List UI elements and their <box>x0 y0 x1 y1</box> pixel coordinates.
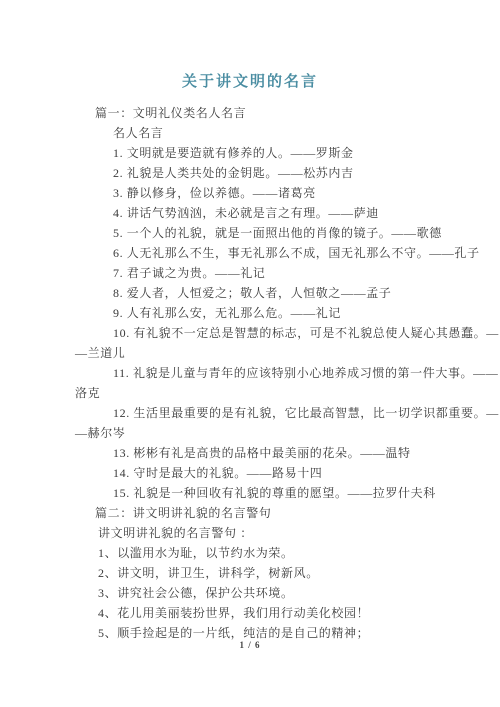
quote-line-3: 3. 静以修身，俭以养德。——诸葛亮 <box>75 183 475 203</box>
section-2-heading: 篇二：讲文明讲礼貌的名言警句 <box>75 503 475 523</box>
quote-line-9: 9. 人有礼那么安，无礼那么危。——礼记 <box>75 303 475 323</box>
quote-line-5: 5. 一个人的礼貌，就是一面照出他的肖像的镜子。——歌德 <box>75 223 475 243</box>
quote-line-2: 2. 礼貌是人类共处的金钥匙。——松苏内吉 <box>75 163 475 183</box>
slogan-line-1: 1、以滥用水为耻，以节约水为荣。 <box>75 543 475 563</box>
page-number: 1 / 6 <box>0 640 500 650</box>
slogan-line-4: 4、花儿用美丽装扮世界，我们用行动美化校园！ <box>75 603 475 623</box>
quote-line-6: 6. 人无礼那么不生，事无礼那么不成，国无礼那么不守。——孔子 <box>75 243 475 263</box>
quote-line-4: 4. 讲话气势汹汹，未必就是言之有理。——萨迪 <box>75 203 475 223</box>
section-2-intro: 讲文明讲礼貌的名言警句 ： <box>75 523 475 543</box>
page-title: 关于讲文明的名言 <box>0 70 500 91</box>
slogan-line-2: 2、讲文明，讲卫生，讲科学，树新风。 <box>75 563 475 583</box>
document-body: 篇一：文明礼仪类名人名言 名人名言 1. 文明就是要造就有修养的人。——罗斯金 … <box>75 103 475 643</box>
slogan-line-3: 3、讲究社会公德，保护公共环境。 <box>75 583 475 603</box>
quote-line-15: 15. 礼貌是一种回收有礼貌的尊重的愿望。——拉罗什夫科 <box>75 483 475 503</box>
quote-line-12: 12. 生活里最重要的是有礼貌，它比最高智慧，比一切学识都重要。— <box>75 403 475 423</box>
quote-line-8: 8. 爱人者，人恒爱之；敬人者，人恒敬之——孟子 <box>75 283 475 303</box>
quote-line-13: 13. 彬彬有礼是高贵的品格中最美丽的花朵。——温特 <box>75 443 475 463</box>
quote-line-14: 14. 守时是最大的礼貌。——路易十四 <box>75 463 475 483</box>
quote-line-11: 11. 礼貌是儿童与青年的应该特别小心地养成习惯的第一件大事。—— <box>75 363 475 383</box>
quote-line-1: 1. 文明就是要造就有修养的人。——罗斯金 <box>75 143 475 163</box>
quote-line-12-continuation: —赫尔岑 <box>75 423 475 443</box>
section-1-heading: 篇一：文明礼仪类名人名言 <box>75 103 475 123</box>
quote-line-10: 10. 有礼貌不一定总是智慧的标志，可是不礼貌总使人疑心其愚蠢。— <box>75 323 475 343</box>
document-page: 关于讲文明的名言 篇一：文明礼仪类名人名言 名人名言 1. 文明就是要造就有修养… <box>0 0 500 707</box>
quote-line-7: 7. 君子诚之为贵。——礼记 <box>75 263 475 283</box>
section-1-intro: 名人名言 <box>75 123 475 143</box>
quote-line-11-continuation: 洛克 <box>75 383 475 403</box>
quote-line-10-continuation: —兰道儿 <box>75 343 475 363</box>
